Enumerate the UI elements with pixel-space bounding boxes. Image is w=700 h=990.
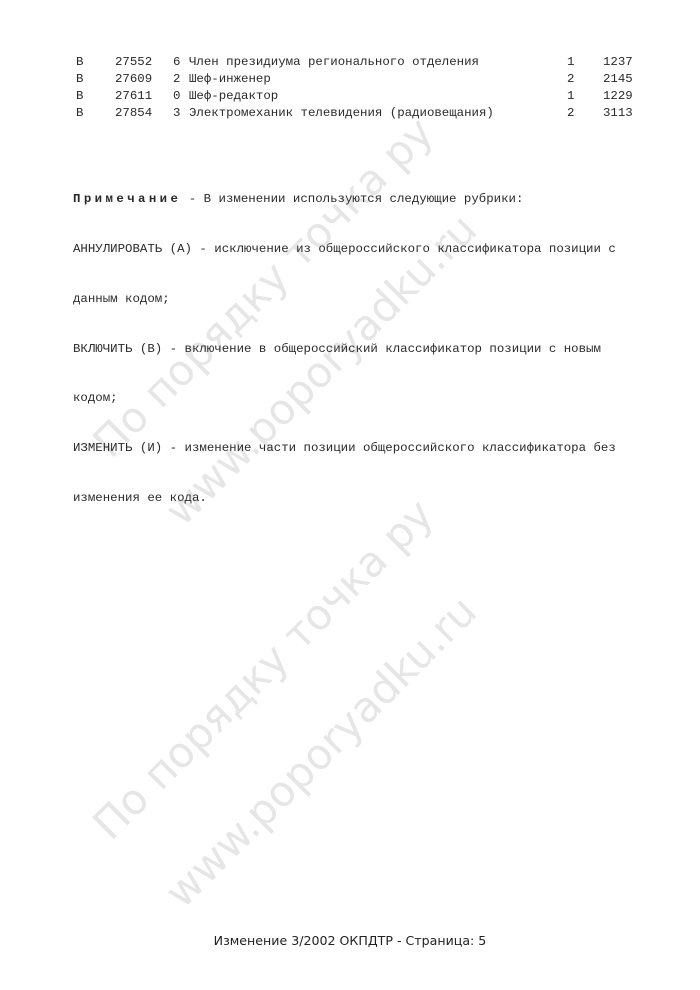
- watermark-text: По порядку точка ру: [83, 490, 442, 849]
- change-type: В: [76, 105, 83, 122]
- okz-code: 3113: [603, 105, 633, 122]
- control-number: 0: [173, 88, 180, 105]
- table-row: В 27854 3 Электромеханик телевидения (ра…: [0, 105, 45, 122]
- note-heading: Примечание: [73, 192, 181, 206]
- control-number: 6: [173, 54, 180, 71]
- note-line: АННУЛИРОВАТЬ (А) - исключение из общерос…: [73, 241, 633, 258]
- change-type: В: [76, 88, 83, 105]
- okz-code: 1237: [603, 54, 633, 71]
- table-row: В 27552 6 Член президиума регионального …: [0, 54, 45, 71]
- note-heading-line: Примечание - В изменении используются сл…: [73, 191, 633, 208]
- watermark-url: www.poporyadku.ru: [155, 586, 486, 917]
- table-row: В 27611 0 Шеф-редактор 1 1229: [0, 88, 45, 105]
- document-page: По порядку точка ру www.poporyadku.ru По…: [0, 0, 700, 990]
- page-footer: Изменение 3/2002 ОКПДТР - Страница: 5: [0, 933, 700, 948]
- category-code: 1: [567, 88, 574, 105]
- note-intro: - В изменении используются следующие руб…: [181, 192, 523, 206]
- okz-code: 1229: [603, 88, 633, 105]
- position-code: 27552: [115, 54, 152, 71]
- position-title: Член президиума регионального отделения: [189, 54, 479, 71]
- note-block: Примечание - В изменении используются сл…: [73, 158, 633, 540]
- position-title: Шеф-инженер: [189, 71, 271, 88]
- note-line: изменения ее кода.: [73, 490, 633, 507]
- note-line: данным кодом;: [73, 291, 633, 308]
- control-number: 3: [173, 105, 180, 122]
- position-title: Шеф-редактор: [189, 88, 278, 105]
- change-type: В: [76, 54, 83, 71]
- category-code: 2: [567, 105, 574, 122]
- note-line: ИЗМЕНИТЬ (И) - изменение части позиции о…: [73, 440, 633, 457]
- position-code: 27609: [115, 71, 152, 88]
- position-code: 27611: [115, 88, 152, 105]
- category-code: 2: [567, 71, 574, 88]
- table-row: В 27609 2 Шеф-инженер 2 2145: [0, 71, 45, 88]
- okz-code: 2145: [603, 71, 633, 88]
- control-number: 2: [173, 71, 180, 88]
- change-type: В: [76, 71, 83, 88]
- position-code: 27854: [115, 105, 152, 122]
- category-code: 1: [567, 54, 574, 71]
- position-title: Электромеханик телевидения (радиовещания…: [189, 105, 494, 122]
- note-line: кодом;: [73, 390, 633, 407]
- note-line: ВКЛЮЧИТЬ (В) - включение в общероссийски…: [73, 341, 633, 358]
